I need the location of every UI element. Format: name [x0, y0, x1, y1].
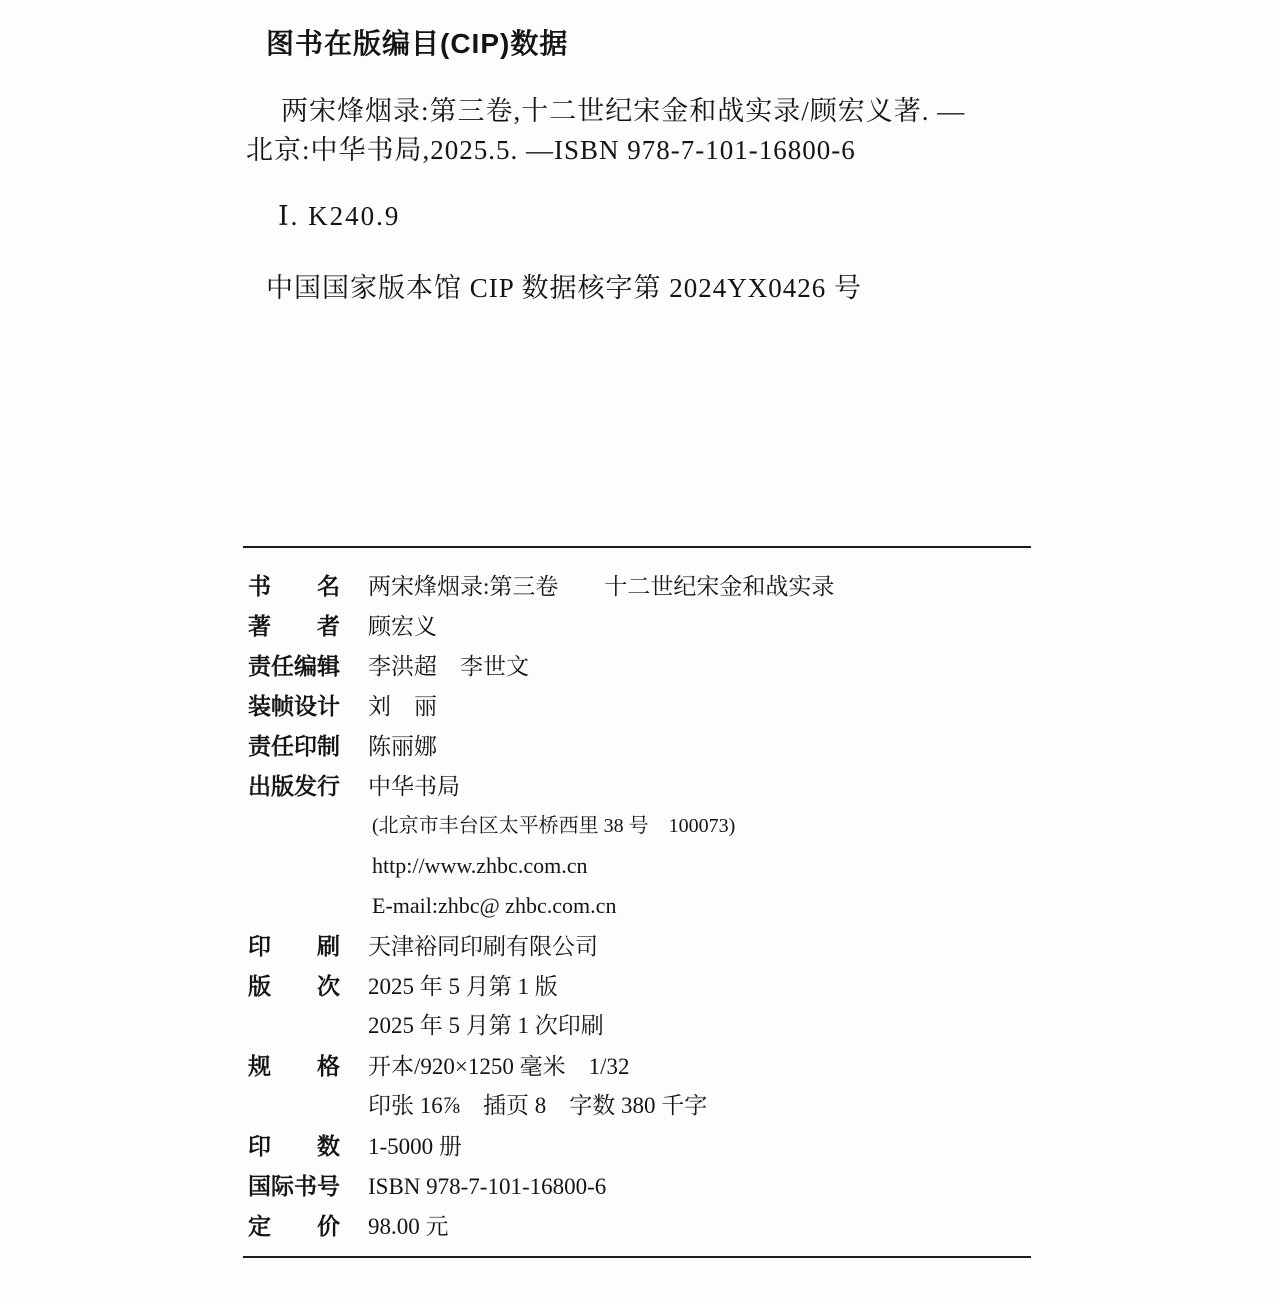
- colophon-row-publisher-address: (北京市丰台区太平桥西里 38 号 100073): [248, 806, 1078, 846]
- colophon-row-book-title: 书 名 两宋烽烟录:第三卷 十二世纪宋金和战实录: [248, 566, 1078, 606]
- colophon-label: 国际书号: [248, 1166, 345, 1206]
- colophon-row-editor: 责任编辑 李洪超 李世文: [248, 646, 1078, 686]
- colophon-row-author: 著 者 顾宏义: [248, 606, 1078, 646]
- colophon-value: 2025 年 5 月第 1 版: [368, 967, 558, 1007]
- colophon-row-publisher: 出版发行 中华书局: [248, 766, 1078, 806]
- top-rule: [243, 546, 1031, 548]
- colophon-row-print-supervisor: 责任印制 陈丽娜: [248, 726, 1078, 766]
- colophon-label: 著 者: [248, 606, 345, 646]
- colophon-value: 印张 16⅞ 插页 8 字数 380 千字: [368, 1086, 707, 1126]
- colophon-value: 两宋烽烟录:第三卷 十二世纪宋金和战实录: [368, 567, 834, 607]
- colophon-row-print-run: 印 数 1-5000 册: [248, 1126, 1078, 1166]
- bottom-rule: [243, 1256, 1031, 1258]
- colophon-row-designer: 装帧设计 刘 丽: [248, 686, 1078, 726]
- colophon-value: 98.00 元: [368, 1207, 449, 1247]
- colophon-value: 中华书局: [368, 767, 460, 807]
- colophon-value: 顾宏义: [368, 607, 437, 647]
- colophon-label: 印 数: [248, 1126, 345, 1166]
- colophon-value: 李洪超 李世文: [368, 647, 529, 687]
- colophon-label: 印 刷: [248, 926, 345, 966]
- colophon-value: 天津裕同印刷有限公司: [368, 927, 598, 967]
- colophon-row-publisher-email: E-mail:zhbc@ zhbc.com.cn: [248, 886, 1078, 926]
- cip-record-line-1: 两宋烽烟录:第三卷,十二世纪宋金和战实录/顾宏义著. —: [246, 92, 1086, 131]
- colophon-label: 责任编辑: [248, 646, 345, 686]
- cip-record: 两宋烽烟录:第三卷,十二世纪宋金和战实录/顾宏义著. — 北京:中华书局,202…: [246, 92, 1086, 170]
- colophon-row-publisher-website: http://www.zhbc.com.cn: [248, 846, 1078, 886]
- colophon-label: 出版发行: [248, 766, 345, 806]
- colophon-label: 装帧设计: [248, 686, 345, 726]
- colophon-row-isbn: 国际书号 ISBN 978-7-101-16800-6: [248, 1166, 1078, 1206]
- colophon-row-printing: 2025 年 5 月第 1 次印刷: [248, 1006, 1078, 1046]
- cip-heading: 图书在版编目(CIP)数据: [266, 22, 568, 62]
- colophon-row-edition: 版 次 2025 年 5 月第 1 版: [248, 966, 1078, 1006]
- colophon-row-price: 定 价 98.00 元: [248, 1206, 1078, 1246]
- colophon-label: 责任印制: [248, 726, 345, 766]
- colophon-value: E-mail:zhbc@ zhbc.com.cn: [368, 886, 616, 926]
- cip-record-line-2: 北京:中华书局,2025.5. —ISBN 978-7-101-16800-6: [246, 131, 1086, 170]
- cip-registry-number: 中国国家版本馆 CIP 数据核字第 2024YX0426 号: [266, 266, 862, 305]
- colophon-value: (北京市丰台区太平桥西里 38 号 100073): [368, 806, 735, 846]
- colophon-label: 规 格: [248, 1046, 345, 1086]
- colophon-row-sheets: 印张 16⅞ 插页 8 字数 380 千字: [248, 1086, 1078, 1126]
- colophon-value: http://www.zhbc.com.cn: [368, 846, 587, 886]
- copyright-page: 图书在版编目(CIP)数据 两宋烽烟录:第三卷,十二世纪宋金和战实录/顾宏义著.…: [0, 0, 1278, 1299]
- colophon-value: 开本/920×1250 毫米 1/32: [368, 1047, 630, 1087]
- colophon-value: 刘 丽: [368, 687, 437, 727]
- cip-classification: Ⅰ. K240.9: [278, 201, 400, 232]
- colophon-label: 版 次: [248, 966, 345, 1006]
- colophon-label: 定 价: [248, 1206, 345, 1246]
- colophon-label: 书 名: [248, 566, 345, 606]
- colophon-row-format: 规 格 开本/920×1250 毫米 1/32: [248, 1046, 1078, 1086]
- colophon: 书 名 两宋烽烟录:第三卷 十二世纪宋金和战实录 著 者 顾宏义 责任编辑 李洪…: [248, 566, 1078, 1246]
- colophon-value: 2025 年 5 月第 1 次印刷: [368, 1006, 604, 1046]
- colophon-value: 1-5000 册: [368, 1127, 462, 1167]
- colophon-value: ISBN 978-7-101-16800-6: [368, 1167, 606, 1207]
- colophon-value: 陈丽娜: [368, 727, 437, 767]
- colophon-row-printer: 印 刷 天津裕同印刷有限公司: [248, 926, 1078, 966]
